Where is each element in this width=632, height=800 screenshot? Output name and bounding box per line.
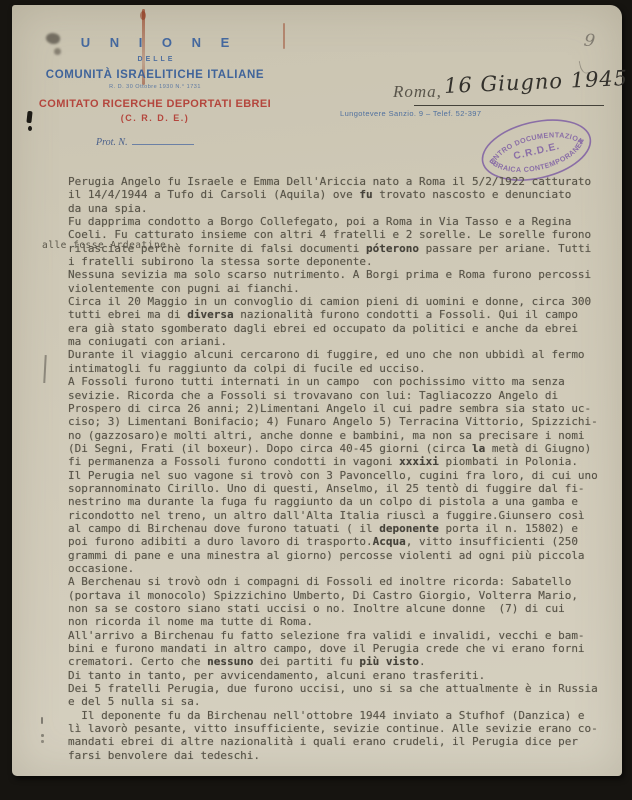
typed-line: Circa il 20 Maggio in un convoglio di ca…: [68, 295, 613, 308]
committee-name: COMITATO RICERCHE DEPORTATI EBREI: [38, 98, 272, 110]
typed-line: non sa se costoro siano stati uccisi o n…: [68, 602, 613, 615]
typed-line: tutti ebrei ma di diversa nazionalità fu…: [68, 308, 613, 321]
letterhead-address: Lungotevere Sanzio. 9 – Telef. 52-397: [340, 109, 481, 118]
typed-line: no (gazzosaro)e molti altri, anche donne…: [68, 429, 613, 442]
protocol-blank-line: [132, 135, 194, 145]
typed-line: intimatogli fu raggiunto da colpi di fuc…: [68, 362, 613, 375]
typed-line: Fu dapprima condotto a Borgo Collefegato…: [68, 215, 613, 228]
royal-decree-line: R. D. 30 Ottobre 1930 N.° 1731: [38, 84, 272, 90]
typed-line: e del 5 nulla si sa.: [68, 695, 613, 708]
org-name-line1: U N I O N E: [38, 35, 272, 50]
typed-line: Il deponente fu da Birchenau nell'ottobr…: [68, 709, 613, 722]
protocol-label-text: Prot. N.: [96, 137, 128, 148]
typed-line: All'arrivo a Birchenau fu fatto selezion…: [68, 629, 613, 642]
typed-line: soprannominato Cirillo. Uno di questi, A…: [68, 482, 613, 495]
pencil-margin-colon: [41, 734, 44, 737]
typed-line: Nessuna sevizia ma solo scarso nutriment…: [68, 268, 613, 281]
ink-blot: [26, 111, 32, 123]
typed-line: fi permanenza a Fossoli furono condotti …: [68, 455, 613, 468]
pencil-margin-mark: [43, 355, 46, 383]
printed-city-label: Roma,: [393, 82, 442, 102]
typed-line: grammi di pane e una minestra al giorno)…: [68, 549, 613, 562]
letterhead: U N I O N E DELLE COMUNITÀ ISRAELITICHE …: [38, 35, 272, 148]
typed-line: Durante il viaggio alcuni cercarono di f…: [68, 348, 613, 361]
typed-line: Dei 5 fratelli Perugia, due furono uccis…: [68, 682, 613, 695]
typed-line: al campo di Birchenau dove furono tatuat…: [68, 522, 613, 535]
typed-line: crematori. Certo che nessuno dei partiti…: [68, 655, 613, 668]
org-name-line2: DELLE: [38, 56, 272, 63]
typed-line: Prospero di circa 26 anni; 2)Limentani A…: [68, 402, 613, 415]
typed-line: ma coniugati con ariani.: [68, 335, 613, 348]
typed-line: (portava il monocolo) Spizzichino Umbert…: [68, 589, 613, 602]
typed-line: Il Perugia nel suo vagone si trovò con 3…: [68, 469, 613, 482]
ink-blot-dot: [28, 126, 32, 131]
typed-line: farsi benvolere dai tedeschi.: [68, 749, 613, 762]
typed-line: occasione.: [68, 562, 613, 575]
typed-line: ricondotto nel treno, un altro dall'Alta…: [68, 509, 613, 522]
pencil-corner-numeral: 9: [583, 30, 597, 51]
pencil-margin-dot: [41, 717, 43, 724]
typed-line: era già stato sgomberato dagli ebrei ed …: [68, 322, 613, 335]
typed-line: lì lavorò pesante, vitto insufficiente, …: [68, 722, 613, 735]
typed-line: poi furono adibiti a duro lavoro di tras…: [68, 535, 613, 548]
typed-line: nestrino ma durante la fuga fu raggiunto…: [68, 495, 613, 508]
scanned-page: 9 U N I O N E DELLE COMUNITÀ ISRAELITICH…: [12, 5, 622, 776]
org-name-line3: COMUNITÀ ISRAELITICHE ITALIANE: [38, 69, 272, 81]
typed-line: violentemente con pugni ai fianchi.: [68, 282, 613, 295]
typed-interline-correction: alle fosse Ardeatine: [42, 240, 166, 251]
typed-line: da una spia.: [68, 202, 613, 215]
typed-line: A Fossoli furono tutti internati in un c…: [68, 375, 613, 388]
red-ink-tick: [283, 23, 285, 49]
typed-line: ciso; 3) Limentani Bonifacio; 4) Funaro …: [68, 415, 613, 428]
typed-testimony-body: Perugia Angelo fu Israele e Emma Dell'Ar…: [68, 175, 613, 762]
typed-line: sevizie. Ricorda che a Fossoli si trovav…: [68, 389, 613, 402]
typed-line: i fratelli subirono la stessa sorte depo…: [68, 255, 613, 268]
date-underline: [414, 105, 604, 106]
typed-line: A Berchenau si trovò odn i compagni di F…: [68, 575, 613, 588]
protocol-number-label: Prot. N.: [38, 135, 272, 148]
typed-line: mandati ebrei di altre nazionalità i qua…: [68, 735, 613, 748]
typed-line: (Di Segni, Frati (il boxeur). Dopo circa…: [68, 442, 613, 455]
typed-line: non ricorda il nome ma tutte di Roma.: [68, 615, 613, 628]
scanned-document-screenshot: { "letterhead": { "org_line1": "U N I O …: [0, 0, 632, 800]
red-ink-stain-blob: [140, 11, 146, 20]
handwritten-date: 16 Giugno 1945: [444, 66, 629, 98]
typed-line: il 14/4/1944 a Tufo di Carsoli (Aquila) …: [68, 188, 613, 201]
typed-line: Di tanto in tanto, per avvicendamento, a…: [68, 669, 613, 682]
typed-line: Perugia Angelo fu Israele e Emma Dell'Ar…: [68, 175, 613, 188]
typed-line: bini e furono mandati in altro campo, do…: [68, 642, 613, 655]
committee-abbreviation: (C. R. D. E.): [38, 113, 272, 123]
